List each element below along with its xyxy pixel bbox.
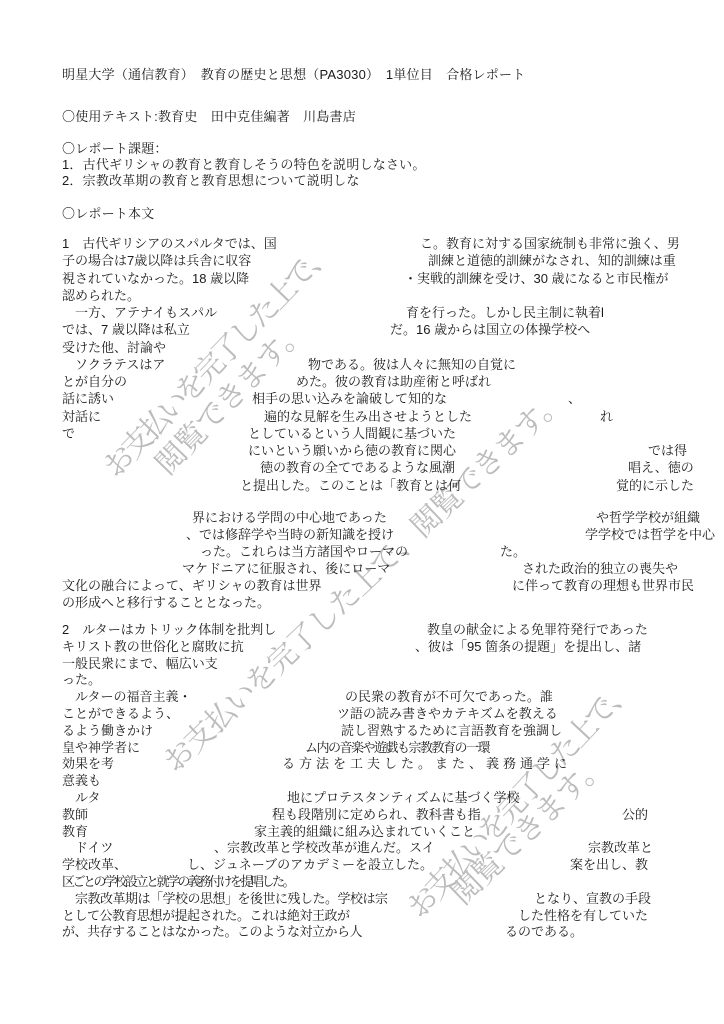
text-fragment: 教育 [62,824,88,840]
text-row: 一般民衆にまで、幅広い支 [0,656,724,673]
text-fragment: 物である。彼は人々に無知の自覚に [308,357,516,373]
text-fragment: った。 [62,672,101,688]
text-fragment: 遍的な見解を生み出させようとした [264,409,472,425]
text-fragment: 唱え、徳の [628,460,694,476]
text-row: ルタ地にプロテスタンティズムに基づく学校 [0,790,724,807]
text-row: るよう働きかけ読し習熟するために言語教育を強調し [0,723,724,740]
text-fragment: 読し習熟するために言語教育を強調し [341,723,562,739]
text-fragment: 家主義的組織に組み込まれていくこと [254,824,475,840]
text-fragment: とが自分の [62,374,127,390]
text-row: でとしているという人間観に基づいた [0,426,724,443]
text-fragment: に伴って教育の理想も世界市民 [512,578,694,594]
text-fragment: 界における学問の中心地であった [192,510,387,526]
text-fragment: ・実戦的訓練を受け、30 歳になると市民権が [404,271,669,287]
text-row: が、共存することはなかった。このような対立から人るのである。 [0,924,724,941]
text-fragment: 学学校では哲学を中心 [585,527,715,543]
text-row: 界における学問の中心地であったや哲学学校が組織 [0,510,724,527]
text-fragment: 相手の思い込みを論破して知的な [252,391,447,407]
text-row: 宗教改革期は「学校の思想」を後世に残した。学校は宗となり、宣教の手段 [0,891,724,908]
text-fragment: し、ジュネーブのアカデミーを設立した。 [187,857,433,873]
textbook-line: 〇使用テキスト:教育史 田中克佳編著 川島書店 [62,106,356,125]
text-row: 受けた他、討論や [0,340,724,357]
text-row: 効果を考る方法を工夫した。また、義務通学に [0,756,724,773]
text-fragment: 認められた。 [62,288,140,304]
text-fragment: で [62,426,75,442]
text-fragment: ルタ [75,790,100,806]
text-fragment: 育を行った。しかし民主制に執着l [406,305,604,321]
text-fragment: 、では修辞学や当時の新知識を授け [186,527,394,543]
text-row: 認められた。 [0,288,724,305]
text-fragment: 子の場合は7歳以降は兵舎に収容 [62,253,251,269]
text-fragment: 、宗教改革と学校改革が進んだ。スイ [214,840,435,856]
text-row: 2 ルターはカトリック体制を批判し教皇の献金による免罪符発行であった [0,622,724,639]
text-fragment: た。 [500,544,526,560]
text-fragment: 徳の教育の全てであるような風潮 [260,460,455,476]
text-fragment: 一般民衆にまで、幅広い支 [62,656,218,672]
text-fragment: 教皇の献金による免罪符発行であった [427,622,648,638]
text-fragment: 、 [568,391,581,407]
text-fragment: 、彼は「95 箇条の提題」を提出し、諸 [415,639,641,655]
text-row: として公教育思想が提起された。これは絶対王政がした性格を有していた [0,908,724,925]
text-fragment: 教師 [62,807,88,823]
text-row: った。これらは当方諸国やローマのた。 [0,544,724,561]
text-fragment: 公的 [622,807,648,823]
text-fragment: となり、宣教の手段 [534,891,651,907]
text-fragment: 程も段階別に定められ、教科書も指 [272,807,481,823]
text-fragment: 宗教改革期は「学校の思想」を後世に残した。学校は宗 [75,891,388,907]
text-fragment: 訓練と道徳的訓練がなされ、知的訓練は重 [428,253,676,269]
text-fragment: った。これらは当方諸国やローマの [200,544,408,560]
text-fragment: ソクラテスはア [75,357,165,373]
text-row: った。 [0,672,724,689]
text-fragment: や哲学学校が組織 [596,510,700,526]
text-fragment: 地にプロテスタンティズムに基づく学校 [287,790,519,806]
text-row: 視されていなかった。18 歳以降・実戦的訓練を受け、30 歳になると市民権が [0,271,724,288]
text-row: ドイツ、宗教改革と学校改革が進んだ。スイ宗教改革と [0,840,724,857]
text-fragment: 区ごとの学校設立と就学の義務付けを提唱した。 [62,874,293,890]
text-fragment: 視されていなかった。18 歳以降 [62,271,249,287]
text-fragment: 覚的に示した [616,478,694,494]
text-row: マケドニアに征服され、後にローマされた政治的独立の喪失や [0,561,724,578]
report-body-heading: 〇レポート本文 [62,203,154,222]
text-row: 、では修辞学や当時の新知識を授け学学校では哲学を中心 [0,527,724,544]
text-row: ことができるよう、ツ語の読み書きやカテキズムを教える [0,706,724,723]
text-row: 話に誘い相手の思い込みを論破して知的な、 [0,391,724,408]
text-fragment: マケドニアに征服され、後にローマ [182,561,390,577]
document-title: 明星大学（通信教育） 教育の歴史と思想（PA3030） 1単位目 合格レポート [62,64,525,83]
text-row: 子の場合は7歳以降は兵舎に収容訓練と道徳的訓練がなされ、知的訓練は重 [0,253,724,270]
text-fragment: ドイツ [75,840,113,856]
text-row: 一方、アテナイもスパル育を行った。しかし民主制に執着l [0,305,724,322]
text-fragment: ことができるよう、 [62,706,179,722]
text-row: 徳の教育の全てであるような風潮唱え、徳の [0,460,724,477]
text-row: 皇や神学者にム内の音楽や遊戯も宗教教育の一環 [0,740,724,757]
text-fragment: では得 [648,443,687,459]
text-row: ルターの福音主義・の民衆の教育が不可欠であった。誰 [0,689,724,706]
text-fragment: キリスト教の世俗化と腐敗に抗 [62,639,244,655]
text-row: 1 古代ギリシアのスパルタでは、国こ。教育に対する国家統制も非常に強く、男 [0,236,724,253]
text-fragment: 2 ルターはカトリック体制を批判し [62,622,276,638]
text-row: 区ごとの学校設立と就学の義務付けを提唱した。 [0,874,724,891]
text-fragment: ム内の音楽や遊戯も宗教教育の一環 [305,740,489,756]
text-row: 意義も [0,773,724,790]
report-document-page: お支払いを完了した上で、閲覧できます。お支払いを完了した上で、閲覧できます。お支… [0,0,724,1024]
text-fragment: 受けた他、討論や [62,340,166,356]
text-row: 学校改革、し、ジュネーブのアカデミーを設立した。案を出し、教 [0,857,724,874]
text-row: では、7 歳以降は私立だ。16 歳からは国立の体操学校へ [0,322,724,339]
text-fragment: るよう働きかけ [62,723,153,739]
text-fragment: 宗教改革と [588,840,653,856]
text-row: 教育家主義的組織に組み込まれていくこと [0,824,724,841]
text-fragment: ルターの福音主義・ [75,689,191,705]
text-fragment: 1 古代ギリシアのスパルタでは、国 [62,236,277,252]
text-row: キリスト教の世俗化と腐敗に抗、彼は「95 箇条の提題」を提出し、諸 [0,639,724,656]
text-fragment: としているという人間観に基づいた [248,426,456,442]
text-fragment: 文化の融合によって、ギリシャの教育は世界 [62,578,321,594]
text-fragment: した性格を有していた [518,908,648,924]
text-fragment: る方法を工夫した。また、義務通学に [282,756,571,772]
text-fragment: れ [600,409,613,425]
text-fragment: された政治的独立の喪失や [522,561,678,577]
text-fragment: ツ語の読み書きやカテキズムを教える [337,706,558,722]
text-row: の形成へと移行することとなった。 [0,595,724,612]
assignment-item-2: 2．宗教改革期の教育と教育思想について説明しな [62,170,360,189]
text-row: と提出した。このことは「教育とは何覚的に示した [0,478,724,495]
text-row: ソクラテスはア物である。彼は人々に無知の自覚に [0,357,724,374]
text-fragment: にいという願いから徳の教育に関心 [248,443,456,459]
text-fragment: の民衆の教育が不可欠であった。誰 [345,689,553,705]
text-fragment: こ。教育に対する国家統制も非常に強く、男 [420,236,680,252]
text-fragment: と提出した。このことは「教育とは何 [240,478,461,494]
text-fragment: るのである。 [505,924,583,940]
text-fragment: 話に誘い [62,391,114,407]
text-row: とが自分のめた。彼の教育は助産術と呼ばれ [0,374,724,391]
text-row: 教師程も段階別に定められ、教科書も指公的 [0,807,724,824]
text-fragment: として公教育思想が提起された。これは絶対王政が [62,908,350,924]
text-fragment: 案を出し、教 [570,857,648,873]
text-fragment: では、7 歳以降は私立 [62,322,190,338]
text-row: にいという願いから徳の教育に関心では得 [0,443,724,460]
text-fragment: 効果を考 [62,756,114,772]
text-row: 文化の融合によって、ギリシャの教育は世界に伴って教育の理想も世界市民 [0,578,724,595]
text-fragment: が、共存することはなかった。このような対立から人 [62,924,362,940]
text-fragment: めた。彼の教育は助産術と呼ばれ [296,374,491,390]
text-row: 対話に遍的な見解を生み出させようとしたれ [0,409,724,426]
text-fragment: だ。16 歳からは国立の体操学校へ [390,322,590,338]
text-fragment: の形成へと移行することとなった。 [62,595,270,611]
text-fragment: 対話に [62,409,101,425]
text-fragment: 意義も [62,773,101,789]
text-fragment: 皇や神学者に [62,740,140,756]
text-fragment: 一方、アテナイもスパル [75,305,217,321]
text-fragment: 学校改革、 [62,857,127,873]
